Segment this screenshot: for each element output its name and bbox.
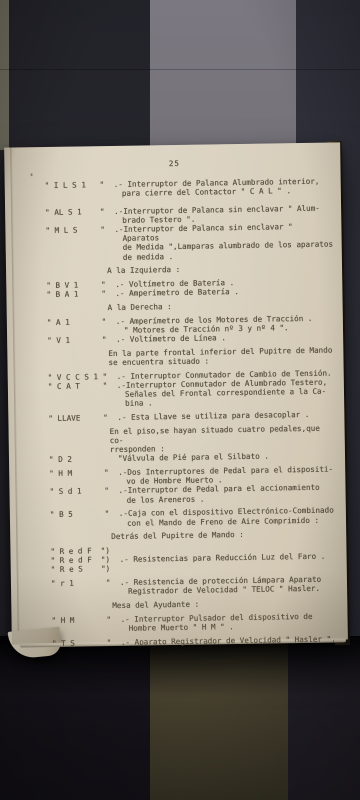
term-code: " T S ": [52, 637, 121, 647]
definition-entry: " C A T ".-Interruptor Conmutador de Alu…: [48, 377, 336, 409]
definition-entry: " r 1 ".- Resistencia de protección Lámp…: [51, 574, 339, 597]
section-heading: A la Izquierda :: [107, 263, 334, 276]
term-code: " A 1 ": [47, 317, 116, 327]
definition-entry: " M L S ".-Interruptor de Palanca sin en…: [45, 222, 334, 263]
section-heading: A la Derecha :: [108, 299, 335, 312]
definition-entry: " I L S 1 ".- Interruptor de Palanca Alu…: [45, 177, 333, 200]
term-code: " LLAVE ": [48, 413, 117, 423]
definition-text: .- Esta Llave se utiliza para desacoplar…: [117, 409, 336, 422]
term-code: " H M ": [49, 468, 118, 478]
fabric-seam: [0, 69, 360, 70]
definition-group: " R e d F ")" R e d F ")" R e S ").- Res…: [50, 542, 338, 574]
term-code: " C A T ": [48, 381, 117, 391]
term-code: " M L S ": [45, 225, 114, 235]
fabric-band-left-edge: [0, 0, 9, 150]
term-code: " I L S 1 ": [45, 180, 114, 190]
definition-text: .- Interruptor de Palanca Alumbrado inte…: [114, 177, 333, 199]
definition-list: " I L S 1 ".- Interruptor de Palanca Alu…: [45, 177, 340, 648]
term-code: " B 5 ": [50, 509, 119, 519]
section-heading: En la parte frontal inferior del Pupitre…: [108, 345, 335, 367]
term-code: " D 2: [49, 454, 118, 464]
photo-scene: 25 " I L S 1 ".- Interruptor de Palanca …: [0, 0, 360, 800]
term-code: " H M ": [51, 615, 120, 625]
typewritten-content: 25 " I L S 1 ".- Interruptor de Palanca …: [4, 142, 348, 644]
definition-entry: " S d 1 ".-Interruptor de Pedal para el …: [49, 483, 337, 506]
definition-text: .-Interruptor de Palanca sin enclavar " …: [114, 222, 334, 262]
definition-entry: " H M ".- Interruptor Pulsador del dispo…: [51, 611, 339, 634]
term-code: " AL S 1 ": [45, 207, 114, 217]
definition-text: .-Interruptor Conmutador de Alumbrado Te…: [117, 377, 336, 408]
definition-text: .-Caja con el dispositivo Electrónico-Co…: [119, 506, 338, 528]
definition-entry: " D 2"Válvula de Pié para el Silbato .: [49, 451, 337, 465]
definition-text: .-Interruptor de Pedal para el accionami…: [118, 483, 337, 505]
definition-text: .- Resistencias para Reducción Luz del F…: [120, 552, 339, 565]
definition-text: .- Resistencia de protección Lámpara Apa…: [120, 574, 339, 596]
term-code: " V 1 ": [47, 335, 116, 345]
term-code-stack: " R e d F ")" R e d F ")" R e S "): [50, 546, 119, 575]
section-heading: En el piso,se hayan situado cuatro pedal…: [110, 423, 337, 454]
term-code: " R e S "): [51, 564, 120, 574]
term-code: " B A 1 ": [46, 289, 115, 299]
term-code: " r 1 ": [51, 578, 120, 588]
definition-entry: " B 5 ".-Caja con el dispositivo Electró…: [50, 506, 338, 529]
section-heading: Detrás del Pupitre de Mando :: [111, 529, 338, 542]
definition-entry: " LLAVE ".- Esta Llave se utiliza para d…: [48, 409, 336, 423]
document-page: 25 " I L S 1 ".- Interruptor de Palanca …: [4, 142, 348, 644]
page-number: 25: [30, 157, 318, 171]
section-heading: Mesa del Ayudante :: [112, 597, 339, 610]
definition-text: .- Interruptor Pulsador del dispositivo …: [120, 611, 339, 633]
term-code: " S d 1 ": [49, 486, 118, 496]
